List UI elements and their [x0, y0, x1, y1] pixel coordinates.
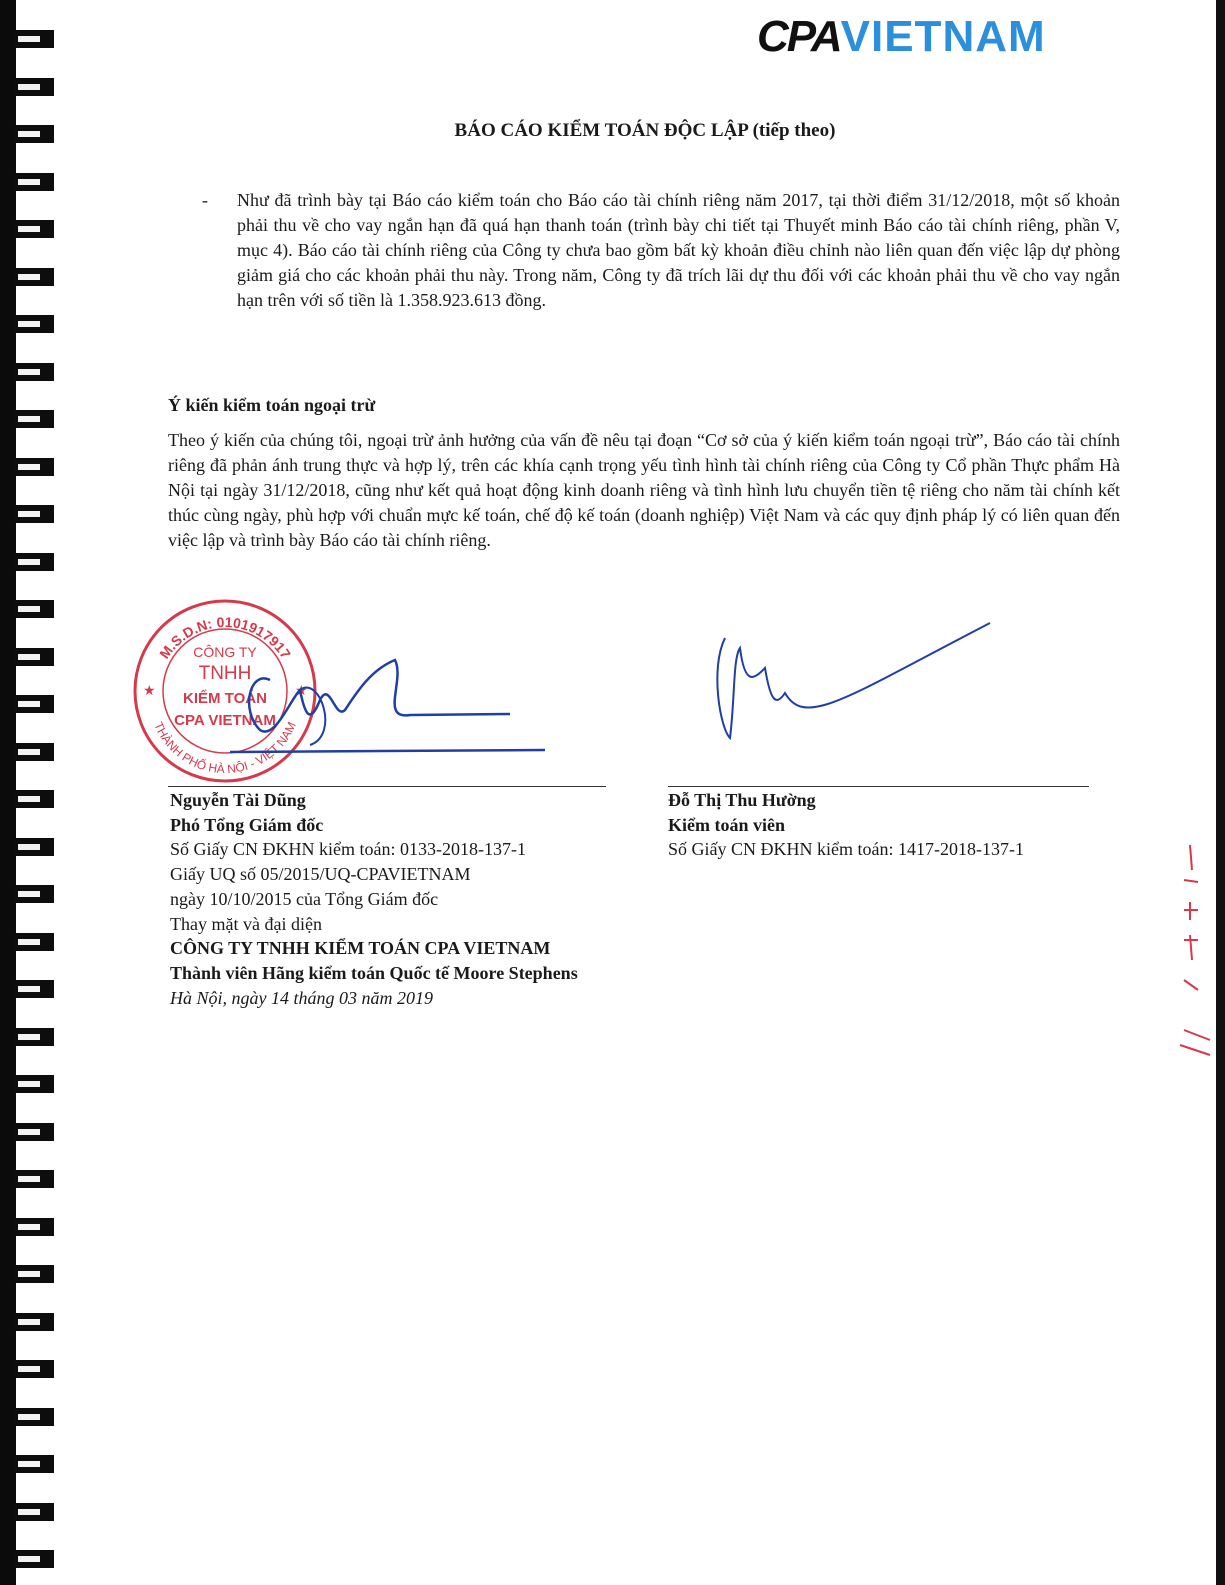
signatory-name: Đỗ Thị Thu Hường	[668, 788, 1024, 813]
signature-right-icon	[705, 618, 995, 748]
binding-ring	[14, 1360, 54, 1380]
binding-ring	[14, 1503, 54, 1523]
binding-ring	[14, 1550, 54, 1570]
report-title: BÁO CÁO KIỂM TOÁN ĐỘC LẬP (tiếp theo)	[0, 120, 1225, 142]
binding-ring	[14, 268, 54, 288]
signatory-name: Nguyễn Tài Dũng	[170, 788, 578, 813]
binding-ring	[14, 410, 54, 430]
certificate-number: Số Giấy CN ĐKHN kiểm toán: 0133-2018-137…	[170, 837, 578, 862]
page-edge	[1216, 0, 1225, 1585]
binding-ring	[14, 743, 54, 763]
signature-line-left	[168, 786, 606, 787]
binding-ring	[14, 1313, 54, 1333]
binding-ring	[14, 695, 54, 715]
certificate-number: Số Giấy CN ĐKHN kiểm toán: 1417-2018-137…	[668, 837, 1024, 862]
binding-ring	[14, 505, 54, 525]
binding-ring	[14, 1028, 54, 1048]
signatory-position: Kiểm toán viên	[668, 813, 1024, 838]
binding-ring	[14, 125, 54, 145]
binding-ring	[14, 790, 54, 810]
place-date: Hà Nội, ngày 14 tháng 03 năm 2019	[170, 986, 578, 1011]
binding-ring	[14, 1218, 54, 1238]
logo-cpa: CPA	[757, 12, 841, 61]
document-page: CPAVIETNAM BÁO CÁO KIỂM TOÁN ĐỘC LẬP (ti…	[0, 0, 1225, 1585]
binding-ring	[14, 458, 54, 478]
binding-ring	[14, 220, 54, 240]
binding-ring	[14, 1123, 54, 1143]
binding-ring	[14, 315, 54, 335]
binding-ring	[14, 1455, 54, 1475]
authorization-number: Giấy UQ số 05/2015/UQ-CPAVIETNAM	[170, 862, 578, 887]
svg-text:★: ★	[143, 684, 156, 699]
binding-ring	[14, 1170, 54, 1190]
binding-ring	[14, 933, 54, 953]
opinion-heading: Ý kiến kiểm toán ngoại trừ	[168, 395, 375, 416]
signatory-left: Nguyễn Tài Dũng Phó Tổng Giám đốc Số Giấ…	[170, 788, 578, 1010]
binding-ring	[14, 600, 54, 620]
membership-text: Thành viên Hãng kiểm toán Quốc tế Moore …	[170, 961, 578, 986]
binding-ring	[14, 980, 54, 1000]
bullet-marker: -	[202, 188, 208, 213]
logo-vietnam: VIETNAM	[841, 12, 1046, 61]
binding-ring	[14, 78, 54, 98]
binding-ring	[14, 838, 54, 858]
binding-ring	[14, 885, 54, 905]
signature-left-icon	[180, 640, 550, 760]
company-name: CÔNG TY TNHH KIỂM TOÁN CPA VIETNAM	[170, 936, 578, 961]
signatory-right: Đỗ Thị Thu Hường Kiểm toán viên Số Giấy …	[668, 788, 1024, 862]
binding-ring	[14, 1075, 54, 1095]
binding-ring	[14, 173, 54, 193]
signatory-position: Phó Tổng Giám đốc	[170, 813, 578, 838]
binding-ring	[14, 648, 54, 668]
binding-ring	[14, 363, 54, 383]
binding-ring	[14, 1265, 54, 1285]
binding-ring	[14, 1408, 54, 1428]
opinion-paragraph: Theo ý kiến của chúng tôi, ngoại trừ ảnh…	[168, 428, 1120, 553]
cpa-vietnam-logo: CPAVIETNAM	[757, 14, 1046, 60]
authorization-date: ngày 10/10/2015 của Tổng Giám đốc	[170, 887, 578, 912]
qualification-paragraph: Như đã trình bày tại Báo cáo kiểm toán c…	[237, 188, 1120, 313]
binding-ring	[14, 553, 54, 573]
binding-ring	[14, 30, 54, 50]
signature-line-right	[668, 786, 1089, 787]
margin-seal-icon	[1170, 840, 1215, 1060]
on-behalf-text: Thay mặt và đại diện	[170, 912, 578, 937]
